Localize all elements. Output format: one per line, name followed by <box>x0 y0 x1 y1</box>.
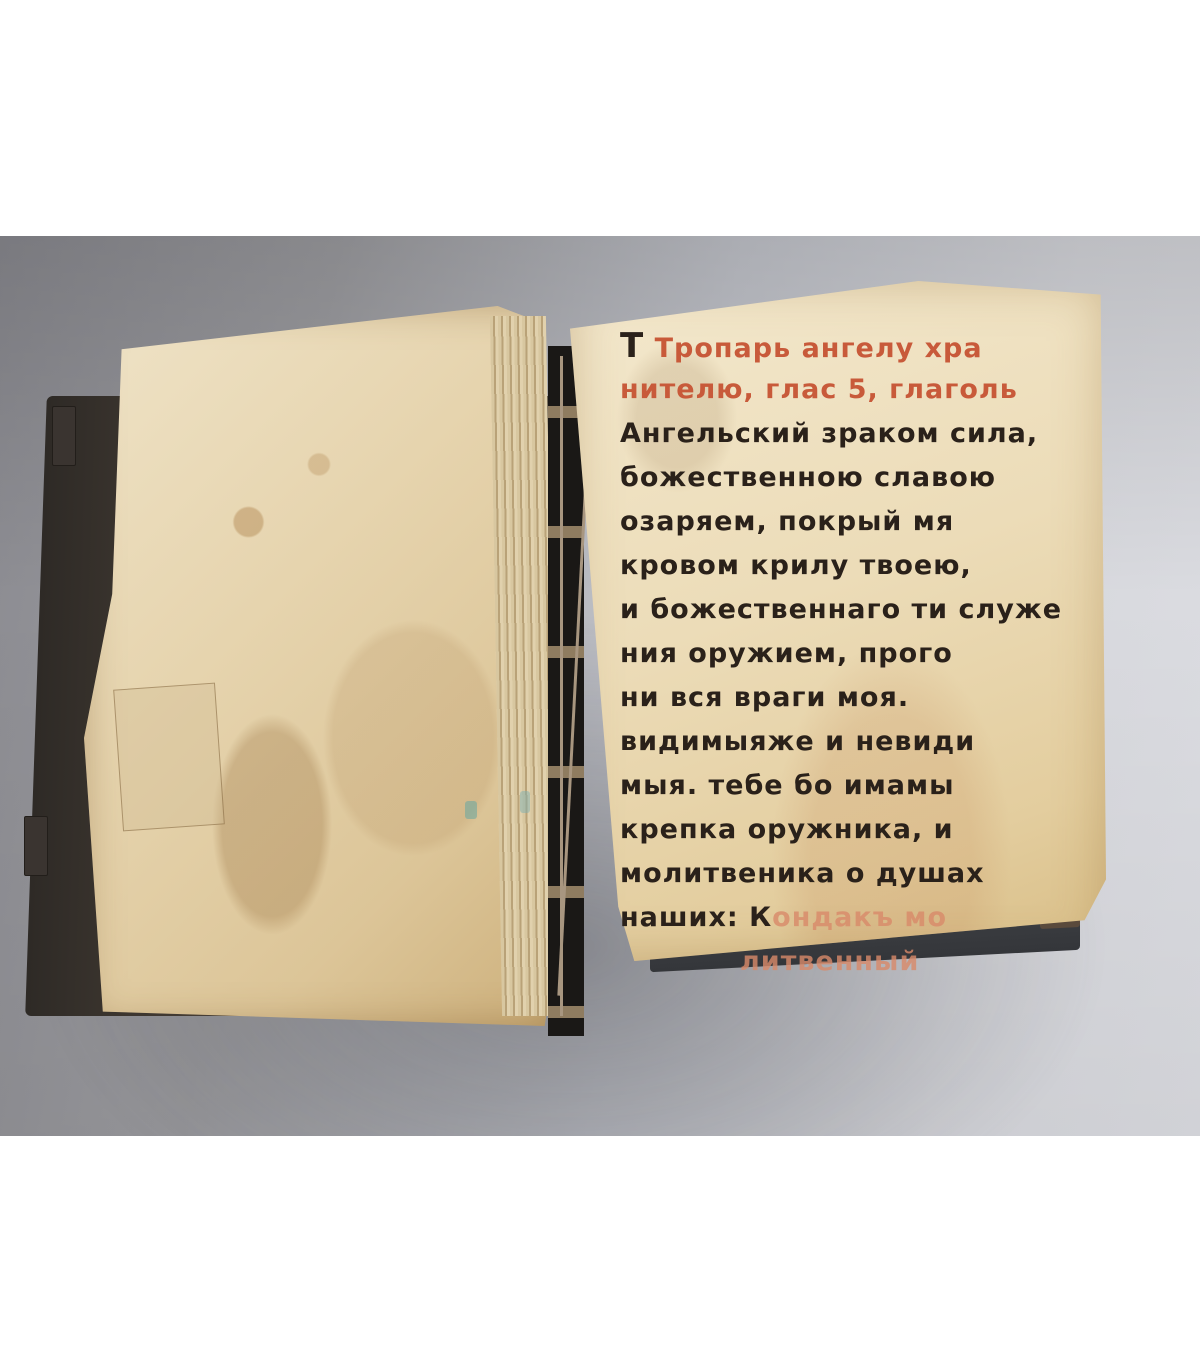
metal-clasp-top <box>52 406 76 466</box>
manuscript-line: крепка оружника, и <box>620 808 1040 852</box>
folded-paper-patch <box>113 683 225 832</box>
line-text: Тропарь ангелу хра <box>655 333 983 364</box>
manuscript-line: ни вся враги моя. <box>620 676 1040 720</box>
manuscript-line: и божественнаго ти служе <box>620 588 1040 632</box>
manuscript-line-faded: литвенный <box>620 940 1040 984</box>
photograph: Т Тропарь ангелу хра нителю, глас 5, гла… <box>0 236 1200 1136</box>
left-page <box>84 306 554 1026</box>
manuscript-line: озаряем, покрый мя <box>620 500 1040 544</box>
manuscript-line: ния оружием, прого <box>620 632 1040 676</box>
ink-stain <box>520 791 530 813</box>
manuscript-line: видимыяже и невиди <box>620 720 1040 764</box>
manuscript-line: нителю, глас 5, глаголь <box>620 368 1040 412</box>
ink-stain <box>465 801 477 819</box>
manuscript-line: Ангельский зраком сила, <box>620 412 1040 456</box>
manuscript-line: молитвеника о душах <box>620 852 1040 896</box>
manuscript-line: божественною славою <box>620 456 1040 500</box>
manuscript-line-title: Т Тропарь ангелу хра <box>620 324 1040 368</box>
book-spine-gap <box>548 346 584 1036</box>
manuscript-line: мыя. тебе бо имамы <box>620 764 1040 808</box>
line-text: наших: К <box>620 902 772 933</box>
rubric-text: ондакъ мо <box>772 902 947 933</box>
manuscript-line: кровом крилу твоею, <box>620 544 1040 588</box>
manuscript-line: наших: Кондакъ мо <box>620 896 1040 940</box>
metal-clasp-bottom <box>24 816 48 876</box>
drop-initial: Т <box>620 326 644 366</box>
manuscript-text: Т Тропарь ангелу хра нителю, глас 5, гла… <box>620 324 1040 984</box>
